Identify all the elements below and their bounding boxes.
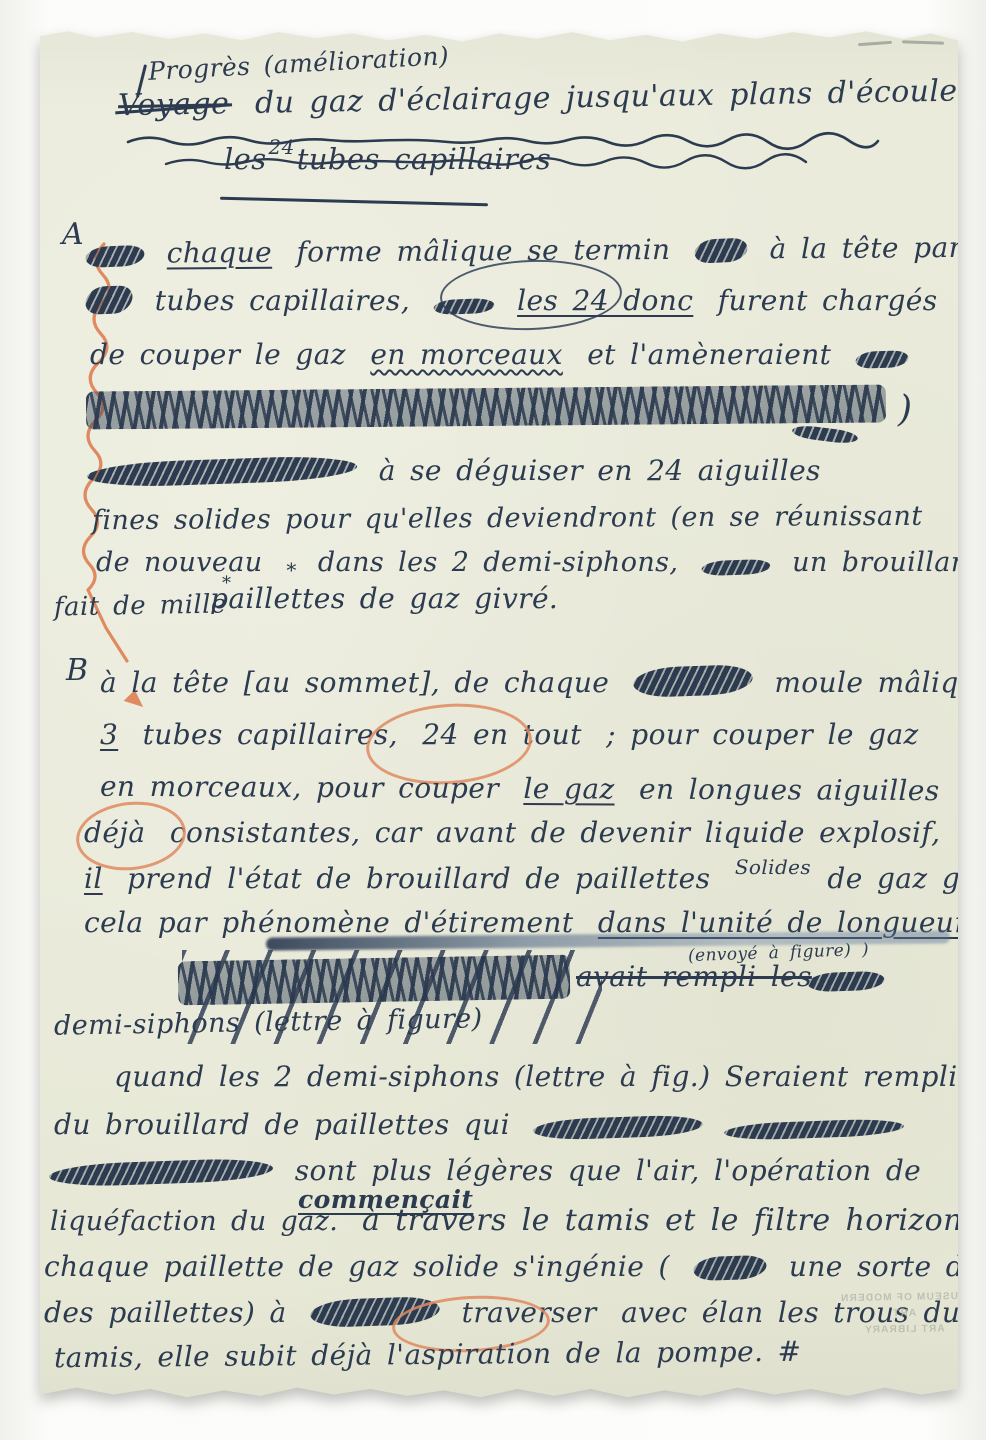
page-title: les24tubes capillaires: [224, 144, 551, 176]
b-line2-end: ; pour couper le gaz: [606, 718, 919, 751]
header-insertion: Progrès (amélioration): [147, 42, 449, 85]
section-b-label: B: [66, 654, 88, 687]
a-line5-text: à se déguiser en 24 aiguilles: [379, 454, 821, 487]
c-line5-end: une sorte de derby: [789, 1250, 986, 1283]
a-line-6: fines solides pour qu'elles deviendront …: [92, 502, 923, 536]
b-trois: 3: [100, 718, 118, 751]
c-line-4: liquéfaction du gaz. à travers le tamis …: [50, 1204, 986, 1237]
b-solides-insertion: Solides: [735, 855, 811, 879]
b-line3-end: en longues aiguilles: [639, 773, 940, 808]
b-line2-tubes: tubes capillaires,: [143, 718, 398, 751]
stamp-line-1: MUSEUM OF MODERN ART: [840, 1289, 969, 1323]
a-line-8-margin: fait de mille: [54, 590, 227, 622]
c-line3-text: sont plus légères que l'air, l'opération…: [295, 1154, 921, 1187]
insertion-mark: ⁎: [286, 552, 296, 576]
title-tubes: tubes capillaires: [297, 142, 551, 176]
a-line-2: tubes capillaires, les 24 donc furent ch…: [86, 286, 938, 317]
b-line-2: 3 tubes capillaires, 24 en tout ; pour c…: [100, 720, 919, 751]
crossed-out-scribble: [47, 1157, 276, 1188]
paper-shadow: Progrès (amélioration) Voyage du gaz d'é…: [0, 0, 958, 1400]
b-line-1: à la tête [au sommet], de chaque moule m…: [100, 666, 986, 699]
b-deja: déjà: [84, 816, 145, 849]
c-line4-end: à travers le tamis et le filtre horizont…: [362, 1203, 986, 1238]
crossed-out-scribble: [700, 559, 772, 576]
manuscript-paper: Progrès (amélioration) Voyage du gaz d'é…: [40, 28, 958, 1400]
crossed-out-scribble: [84, 454, 360, 488]
crossed-out-scribble: [692, 238, 749, 264]
a-les-24-donc: les 24 donc: [517, 284, 693, 317]
crossed-out-scribble: [307, 1296, 442, 1328]
c-line6-start: des paillettes) à: [44, 1296, 287, 1329]
pencil-mark: [858, 41, 892, 46]
a-line3-end: et l'amèneraient: [587, 338, 831, 371]
crossed-out-scribble: [691, 1255, 769, 1281]
a-line4-paren: ): [898, 390, 912, 430]
b-line1-end: moule mâlique: [774, 666, 986, 699]
c-line-1: quand les 2 demi-siphons (lettre à fig.)…: [114, 1062, 972, 1093]
title-superscript-24: 24: [269, 135, 295, 159]
b-il: il: [84, 862, 103, 895]
c-line5-start: chaque paillette de gaz solide s'ingénie…: [44, 1250, 670, 1283]
b-le-gaz: le gaz: [523, 772, 614, 805]
pencil-mark: [902, 40, 944, 44]
crossed-avait-rempli: avait rempli les: [576, 962, 812, 993]
c-line-7: tamis, elle subit déjà l'aspiration de l…: [54, 1337, 802, 1374]
a-line-8: paillettes de gaz givré.: [210, 584, 558, 615]
b-line-3: en morceaux, pour couper le gaz en longu…: [100, 772, 940, 807]
a-line2-end: furent chargés: [718, 284, 938, 317]
title-les: les: [224, 142, 267, 176]
a-line7-end: un brouillard: [792, 547, 982, 578]
b-line6-start: cela par phénomène d'étirement: [84, 906, 574, 939]
a-line7-mid: dans les 2 demi-siphons,: [318, 547, 679, 578]
a-line-3: de couper le gaz en morceaux et l'amèner…: [90, 340, 916, 371]
b-line1-start: à la tête [au sommet], de chaque: [100, 666, 609, 699]
heavily-crossed-out-line: [86, 385, 886, 430]
b-line3-start: en morceaux, pour couper: [100, 770, 499, 805]
b-line-4: déjà consistantes, car avant de devenir …: [84, 818, 940, 849]
b-line-5: il prend l'état de brouillard de paillet…: [84, 864, 986, 895]
c-line4-start: liquéfaction du gaz.: [50, 1206, 338, 1237]
c-line-6: des paillettes) à traverser avec élan le…: [44, 1298, 960, 1329]
a-line2-tubes: tubes capillaires,: [155, 284, 410, 317]
a-line-1: chaque forme mâlique se termin à la tête…: [86, 233, 963, 270]
crossed-out-scribble: [791, 424, 858, 445]
title-underline: [220, 197, 488, 207]
crossed-out-scribble: [806, 971, 887, 993]
header-line-text: du gaz d'éclairage jusqu'aux plans d'éco…: [255, 70, 986, 121]
crossed-out-scribble: [83, 285, 135, 315]
a-line3-start: de couper le gaz: [90, 338, 346, 371]
c-traverser: traverser: [462, 1296, 597, 1329]
b-line5-end: de gaz givré, tout: [827, 862, 986, 895]
b-line5-mid: prend l'état de brouillard de paillettes: [127, 862, 710, 895]
crossed-word-voyage: Voyage: [118, 86, 230, 123]
a-chaque: chaque: [167, 236, 273, 270]
b-line4-rest: consistantes, car avant de devenir liqui…: [170, 816, 941, 849]
crossed-out-scribble: [84, 245, 147, 268]
crossed-out-scribble: [854, 350, 910, 369]
c-line-5: chaque paillette de gaz solide s'ingénie…: [44, 1252, 986, 1283]
a-en-morceaux: en morceaux: [370, 338, 562, 371]
mirrored-library-stamp: MUSEUM OF MODERN ART ART LIBRARY: [840, 1289, 969, 1339]
crossed-out-scribble: [531, 1114, 705, 1141]
crossed-out-scribble: [630, 664, 755, 698]
header-insertion-text: Progrès (amélioration): [147, 41, 449, 86]
a-line7-start: de nouveau: [96, 547, 263, 578]
scanned-manuscript-page: Progrès (amélioration) Voyage du gaz d'é…: [0, 0, 986, 1440]
c-line-2: du brouillard de paillettes qui: [54, 1110, 911, 1141]
c-line2-text: du brouillard de paillettes qui: [54, 1108, 510, 1141]
a-line1-text: forme mâlique se termin: [296, 233, 670, 269]
c-line-3: sont plus légères que l'air, l'opération…: [50, 1156, 921, 1187]
crossed-out-scribble: [433, 298, 497, 315]
a-line-5: à se déguiser en 24 aiguilles: [88, 456, 821, 487]
stamp-line-2: ART LIBRARY: [840, 1321, 968, 1339]
a-line1-end: à la tête par: [769, 231, 962, 265]
crossed-out-scribble: [722, 1118, 905, 1141]
b-24-en-tout: 24 en tout: [422, 718, 581, 751]
